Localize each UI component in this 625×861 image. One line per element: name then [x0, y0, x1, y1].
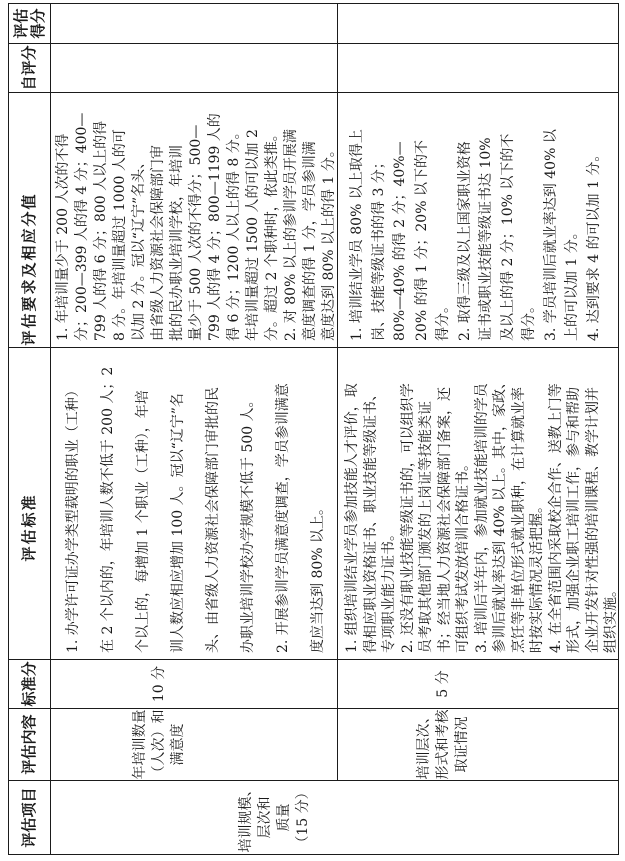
requirements-cell-row2: 1. 培训结业学员 80% 以上取得上 岗、技能等级证书的得 3 分； 80%—…	[338, 92, 619, 347]
eval-score-cell-row1	[51, 3, 338, 43]
evaluation-table: 评估项目 评估内容 标准分 评估标准 评估要求及相应分值 自评分 评估 得分 培…	[8, 3, 619, 855]
standard-score-cell-row2: 5 分	[338, 659, 619, 708]
content-cell-row1: 年培训数量 （人次）和 满意度	[51, 708, 338, 780]
rotated-table-canvas: 评估项目 评估内容 标准分 评估标准 评估要求及相应分值 自评分 评估 得分 培…	[0, 0, 625, 861]
self-score-cell-row2	[338, 43, 619, 92]
self-score-cell-row1	[51, 43, 338, 92]
eval-score-cell-row2	[338, 3, 619, 43]
criteria-cell-row1: 1. 办学许可证办学类型载明的职业（工种） 在 2 个以内的，年培训人数不低于 …	[51, 347, 338, 659]
criteria-cell-row2: 1. 组织培训结业学员参加技能人才评价，取 得相应职业资格证书、职业技能等级证书…	[338, 347, 619, 659]
scanned-page: 评估项目 评估内容 标准分 评估标准 评估要求及相应分值 自评分 评估 得分 培…	[0, 0, 625, 861]
content-cell-row2: 培训层次、 形式和考核 取证情况	[338, 708, 619, 780]
header-standard-score: 标准分	[9, 659, 51, 708]
header-criteria: 评估标准	[9, 347, 51, 659]
project-cell: 培训规模、 层次和 质量 （15 分）	[51, 780, 619, 854]
header-self-score: 自评分	[9, 43, 51, 92]
header-project: 评估项目	[9, 780, 51, 854]
header-requirements: 评估要求及相应分值	[9, 92, 51, 347]
standard-score-cell-row1: 10 分	[51, 659, 338, 708]
header-eval-score: 评估 得分	[9, 3, 51, 43]
header-content: 评估内容	[9, 708, 51, 780]
requirements-cell-row1: 1. 年培训量少于 200 人次的不得 分；200—399 人的得 4 分；40…	[51, 92, 338, 347]
